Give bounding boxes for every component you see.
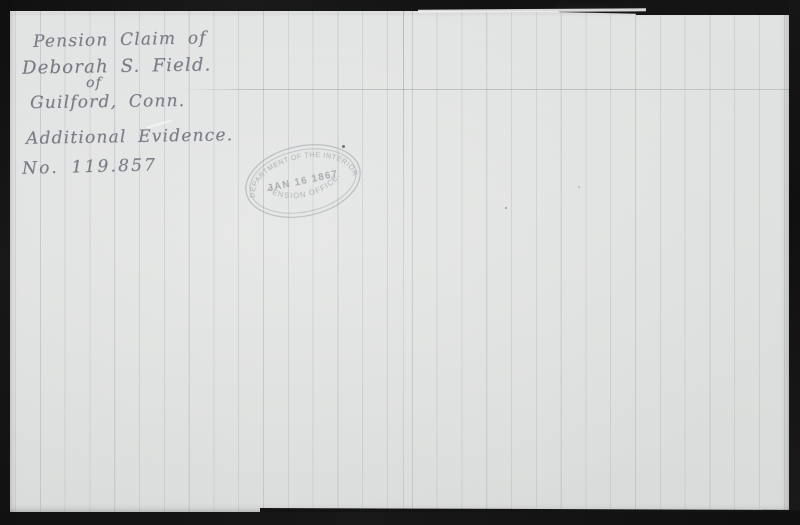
horizontal-fold-crease	[180, 89, 789, 90]
scan-border-right	[789, 0, 800, 525]
handwritten-line-of: of	[86, 75, 102, 91]
paper-speck	[578, 186, 580, 188]
handwritten-line-pension-claim: Pension Claim of	[33, 28, 207, 52]
ruled-lines	[10, 11, 789, 512]
scan-border-left	[0, 0, 10, 525]
vertical-fold-crease	[403, 11, 404, 512]
document-page	[10, 11, 789, 512]
scan-border-top-right	[636, 0, 800, 15]
scan-border-bottom	[0, 512, 800, 525]
scanned-document: Pension Claim of Deborah S. Field. of Gu…	[0, 0, 800, 525]
paper-speck	[505, 207, 507, 209]
handwritten-line-claim-number: No. 119.857	[22, 155, 158, 179]
handwritten-line-additional-evidence: Additional Evidence.	[26, 125, 234, 149]
handwritten-line-location: Guilford, Conn.	[30, 91, 186, 113]
handwritten-line-claimant-name: Deborah S. Field.	[22, 54, 212, 78]
